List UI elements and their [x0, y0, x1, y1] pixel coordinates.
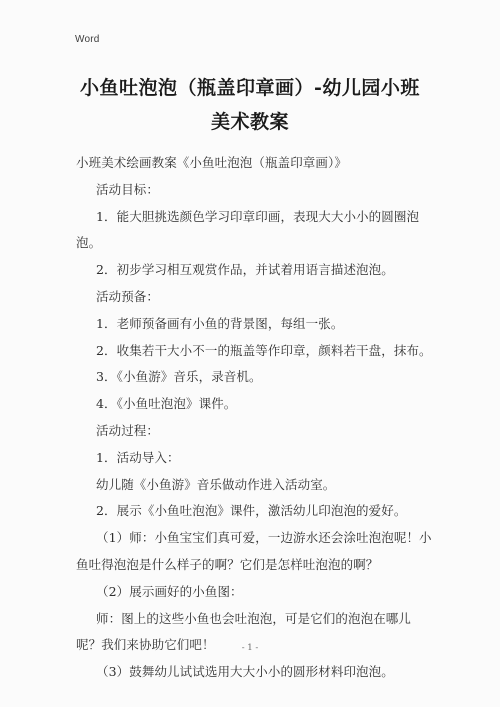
document-page: Word 小鱼吐泡泡（瓶盖印章画）-幼儿园小班美术教案 小班美术绘画教案《小鱼吐… — [0, 0, 500, 707]
paragraph: （3）鼓舞幼儿试试选用大大小小的圆形材料印泡泡。 — [76, 659, 432, 686]
paragraph: 2．初步学习相互观赏作品，并试着用语言描述泡泡。 — [76, 257, 432, 284]
paragraph: 小班美术绘画教案《小鱼吐泡泡（瓶盖印章画）》 — [76, 150, 432, 177]
paragraph: 活动过程： — [76, 418, 432, 445]
paragraph: 4．《小鱼吐泡泡》课件。 — [76, 391, 432, 418]
paragraph: （2）展示画好的小鱼图： — [76, 579, 432, 606]
page-number: - 1 - — [0, 643, 500, 653]
paragraph: （1）师：小鱼宝宝们真可爱，一边游水还会涂吐泡泡呢！小鱼吐得泡泡是什么样子的啊？… — [76, 525, 432, 579]
paragraph: 1．能大胆挑选颜色学习印章印画，表现大大小小的圆圈泡泡。 — [76, 204, 432, 258]
paragraph: 活动预备： — [76, 284, 432, 311]
document-title: 小鱼吐泡泡（瓶盖印章画）-幼儿园小班美术教案 — [72, 71, 428, 139]
paragraph: 3．《小鱼游》音乐，录音机。 — [76, 364, 432, 391]
paragraph: 活动目标： — [76, 177, 432, 204]
document-body: 小班美术绘画教案《小鱼吐泡泡（瓶盖印章画）》 活动目标： 1．能大胆挑选颜色学习… — [76, 150, 432, 686]
paragraph: 2．展示《小鱼吐泡泡》课件，激活幼儿印泡泡的爱好。 — [76, 498, 432, 525]
paragraph: 2．收集若干大小不一的瓶盖等作印章，颜料若干盘，抹布。 — [76, 338, 432, 365]
paragraph: 1．活动导入： — [76, 445, 432, 472]
paragraph: 幼儿随《小鱼游》音乐做动作进入活动室。 — [76, 472, 432, 499]
paragraph: 1．老师预备画有小鱼的背景图，每组一张。 — [76, 311, 432, 338]
word-app-label: Word — [75, 34, 100, 45]
